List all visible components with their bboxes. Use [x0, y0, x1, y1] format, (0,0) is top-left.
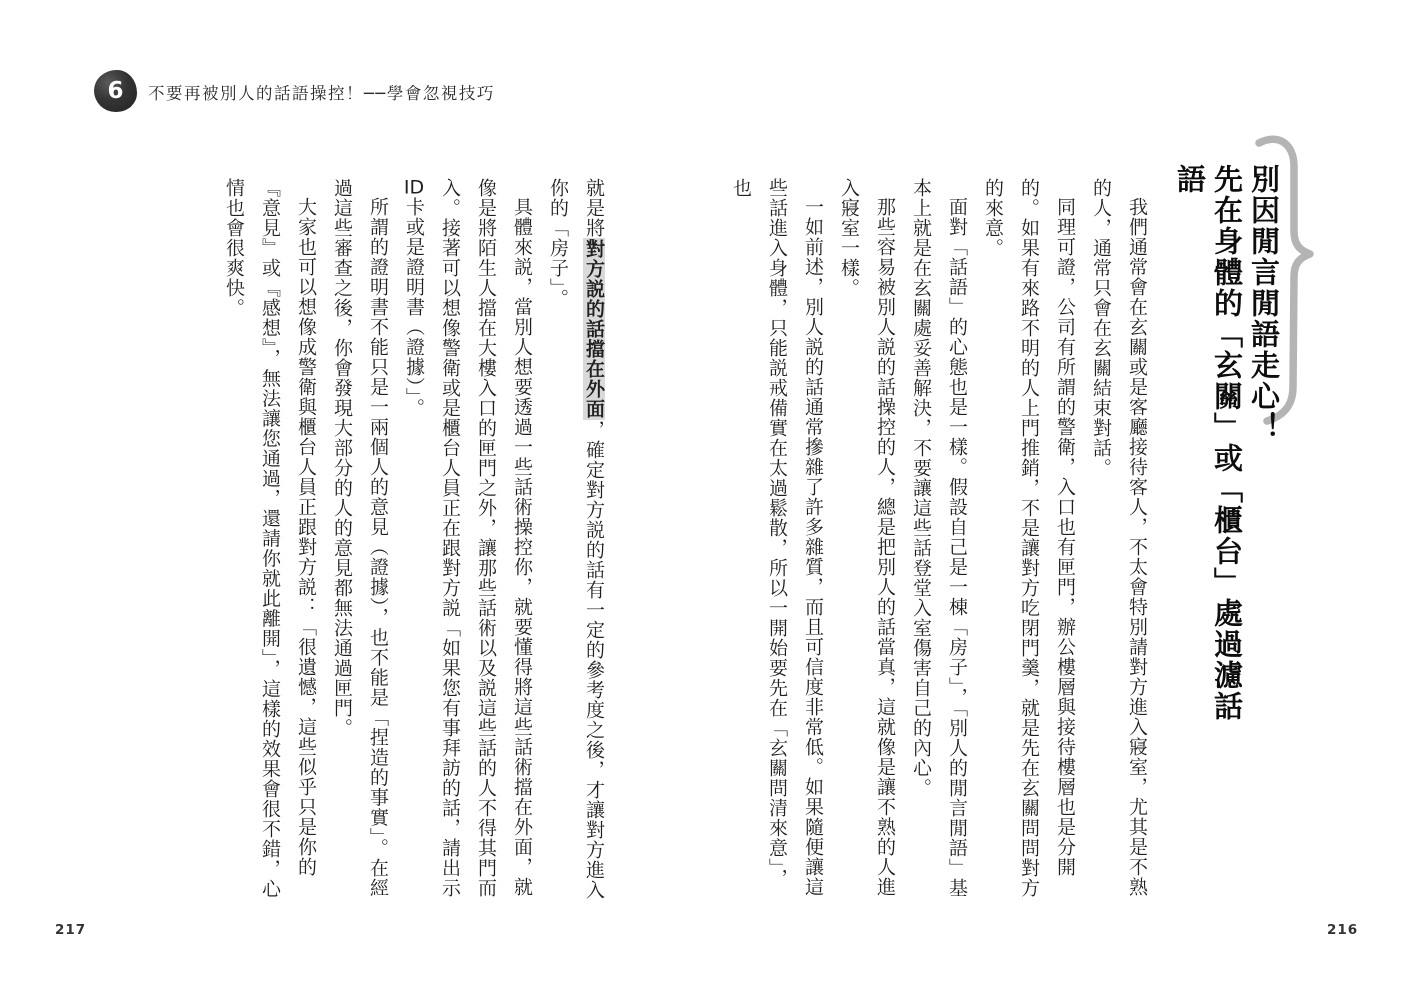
paragraph-with-highlight: 就是將對方説的話擋在外面，確定對方説的話有一定的參考度之後，才讓對方進入你的「房…: [540, 178, 612, 902]
paragraph: 面對「話語」的心態也是一樣。假設自己是一棟「房子」，「別人的閒言閒語」基本上就是…: [903, 178, 975, 902]
paragraph: 一如前述，別人説的話通常摻雜了許多雜質，而且可信度非常低。如果隨便讓這些話進入身…: [723, 178, 831, 902]
highlighted-text: 對方説的話擋在外面: [583, 238, 605, 420]
paragraph: 大家也可以想像成警衛與櫃台人員正跟對方説：「很遺憾，這些似乎只是你的『意見』或『…: [216, 178, 324, 902]
chapter-number: 6: [107, 78, 123, 104]
page-216-body: 我們通常會在玄關或是客廳接待客人，不太會特別請對方進入寢室，尤其是不熟的人，通常…: [723, 178, 1155, 902]
paragraph: 同理可證，公司有所謂的警衛，入口也有匣門，辦公樓層與接待樓層也是分開的。如果有來…: [975, 178, 1083, 902]
paragraph: 所謂的證明書不能只是一兩個人的意見（證據），也不能是「捏造的事實」。在經過這些審…: [324, 178, 396, 902]
paragraph: 那些容易被別人説的話操控的人，總是把別人的話當真，這就像是讓不熟的人進入寢室一樣…: [831, 178, 903, 902]
tate-chu-yoko-id: ID: [403, 178, 425, 197]
page-number-left: 217: [55, 922, 86, 938]
run-text: 卡或是證明書（證據）」。: [403, 197, 425, 418]
run-text: 具體來説，當別人想要透過一些話術操控你，就要懂得將這些話術擋在外面，就像是將陌生…: [439, 178, 533, 898]
paragraph: 我們通常會在玄關或是客廳接待客人，不太會特別請對方進入寢室，尤其是不熟的人，通常…: [1083, 178, 1155, 902]
page-number-right: 216: [1327, 922, 1358, 938]
page-217-body: 就是將對方説的話擋在外面，確定對方説的話有一定的參考度之後，才讓對方進入你的「房…: [216, 178, 612, 902]
run-text: 就是將: [583, 178, 605, 238]
chapter-title: 不要再被別人的話語操控！──學會忽視技巧: [148, 80, 495, 104]
section-title-line-2: 先在身體的「玄關」或「櫃台」處過濾話語: [1171, 164, 1245, 724]
chapter-number-badge: 6: [94, 70, 137, 112]
section-title-line-1: 別因閒言閒語走心！: [1245, 164, 1282, 724]
paragraph: 具體來説，當別人想要透過一些話術操控你，就要懂得將這些話術擋在外面，就像是將陌生…: [396, 178, 540, 902]
section-title: 別因閒言閒語走心！ 先在身體的「玄關」或「櫃台」處過濾話語: [1171, 164, 1282, 724]
